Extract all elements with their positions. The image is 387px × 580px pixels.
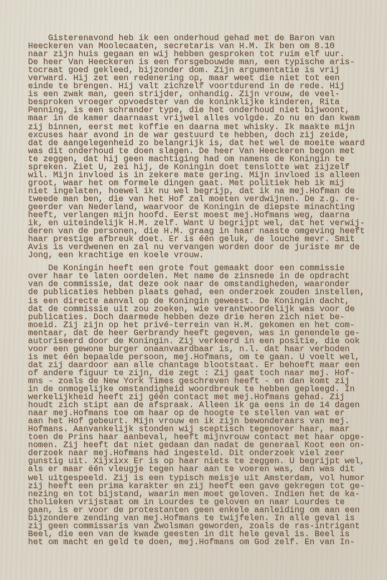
paragraph-interview-van-heeckeren: Gisterenavond heb ik een onderhoud gehad… bbox=[28, 34, 367, 259]
paragraph-commissie-koningin: De Koningin heeft een grote fout gemaakt… bbox=[28, 264, 367, 546]
document-page: Gisterenavond heb ik een onderhoud gehad… bbox=[0, 0, 387, 580]
